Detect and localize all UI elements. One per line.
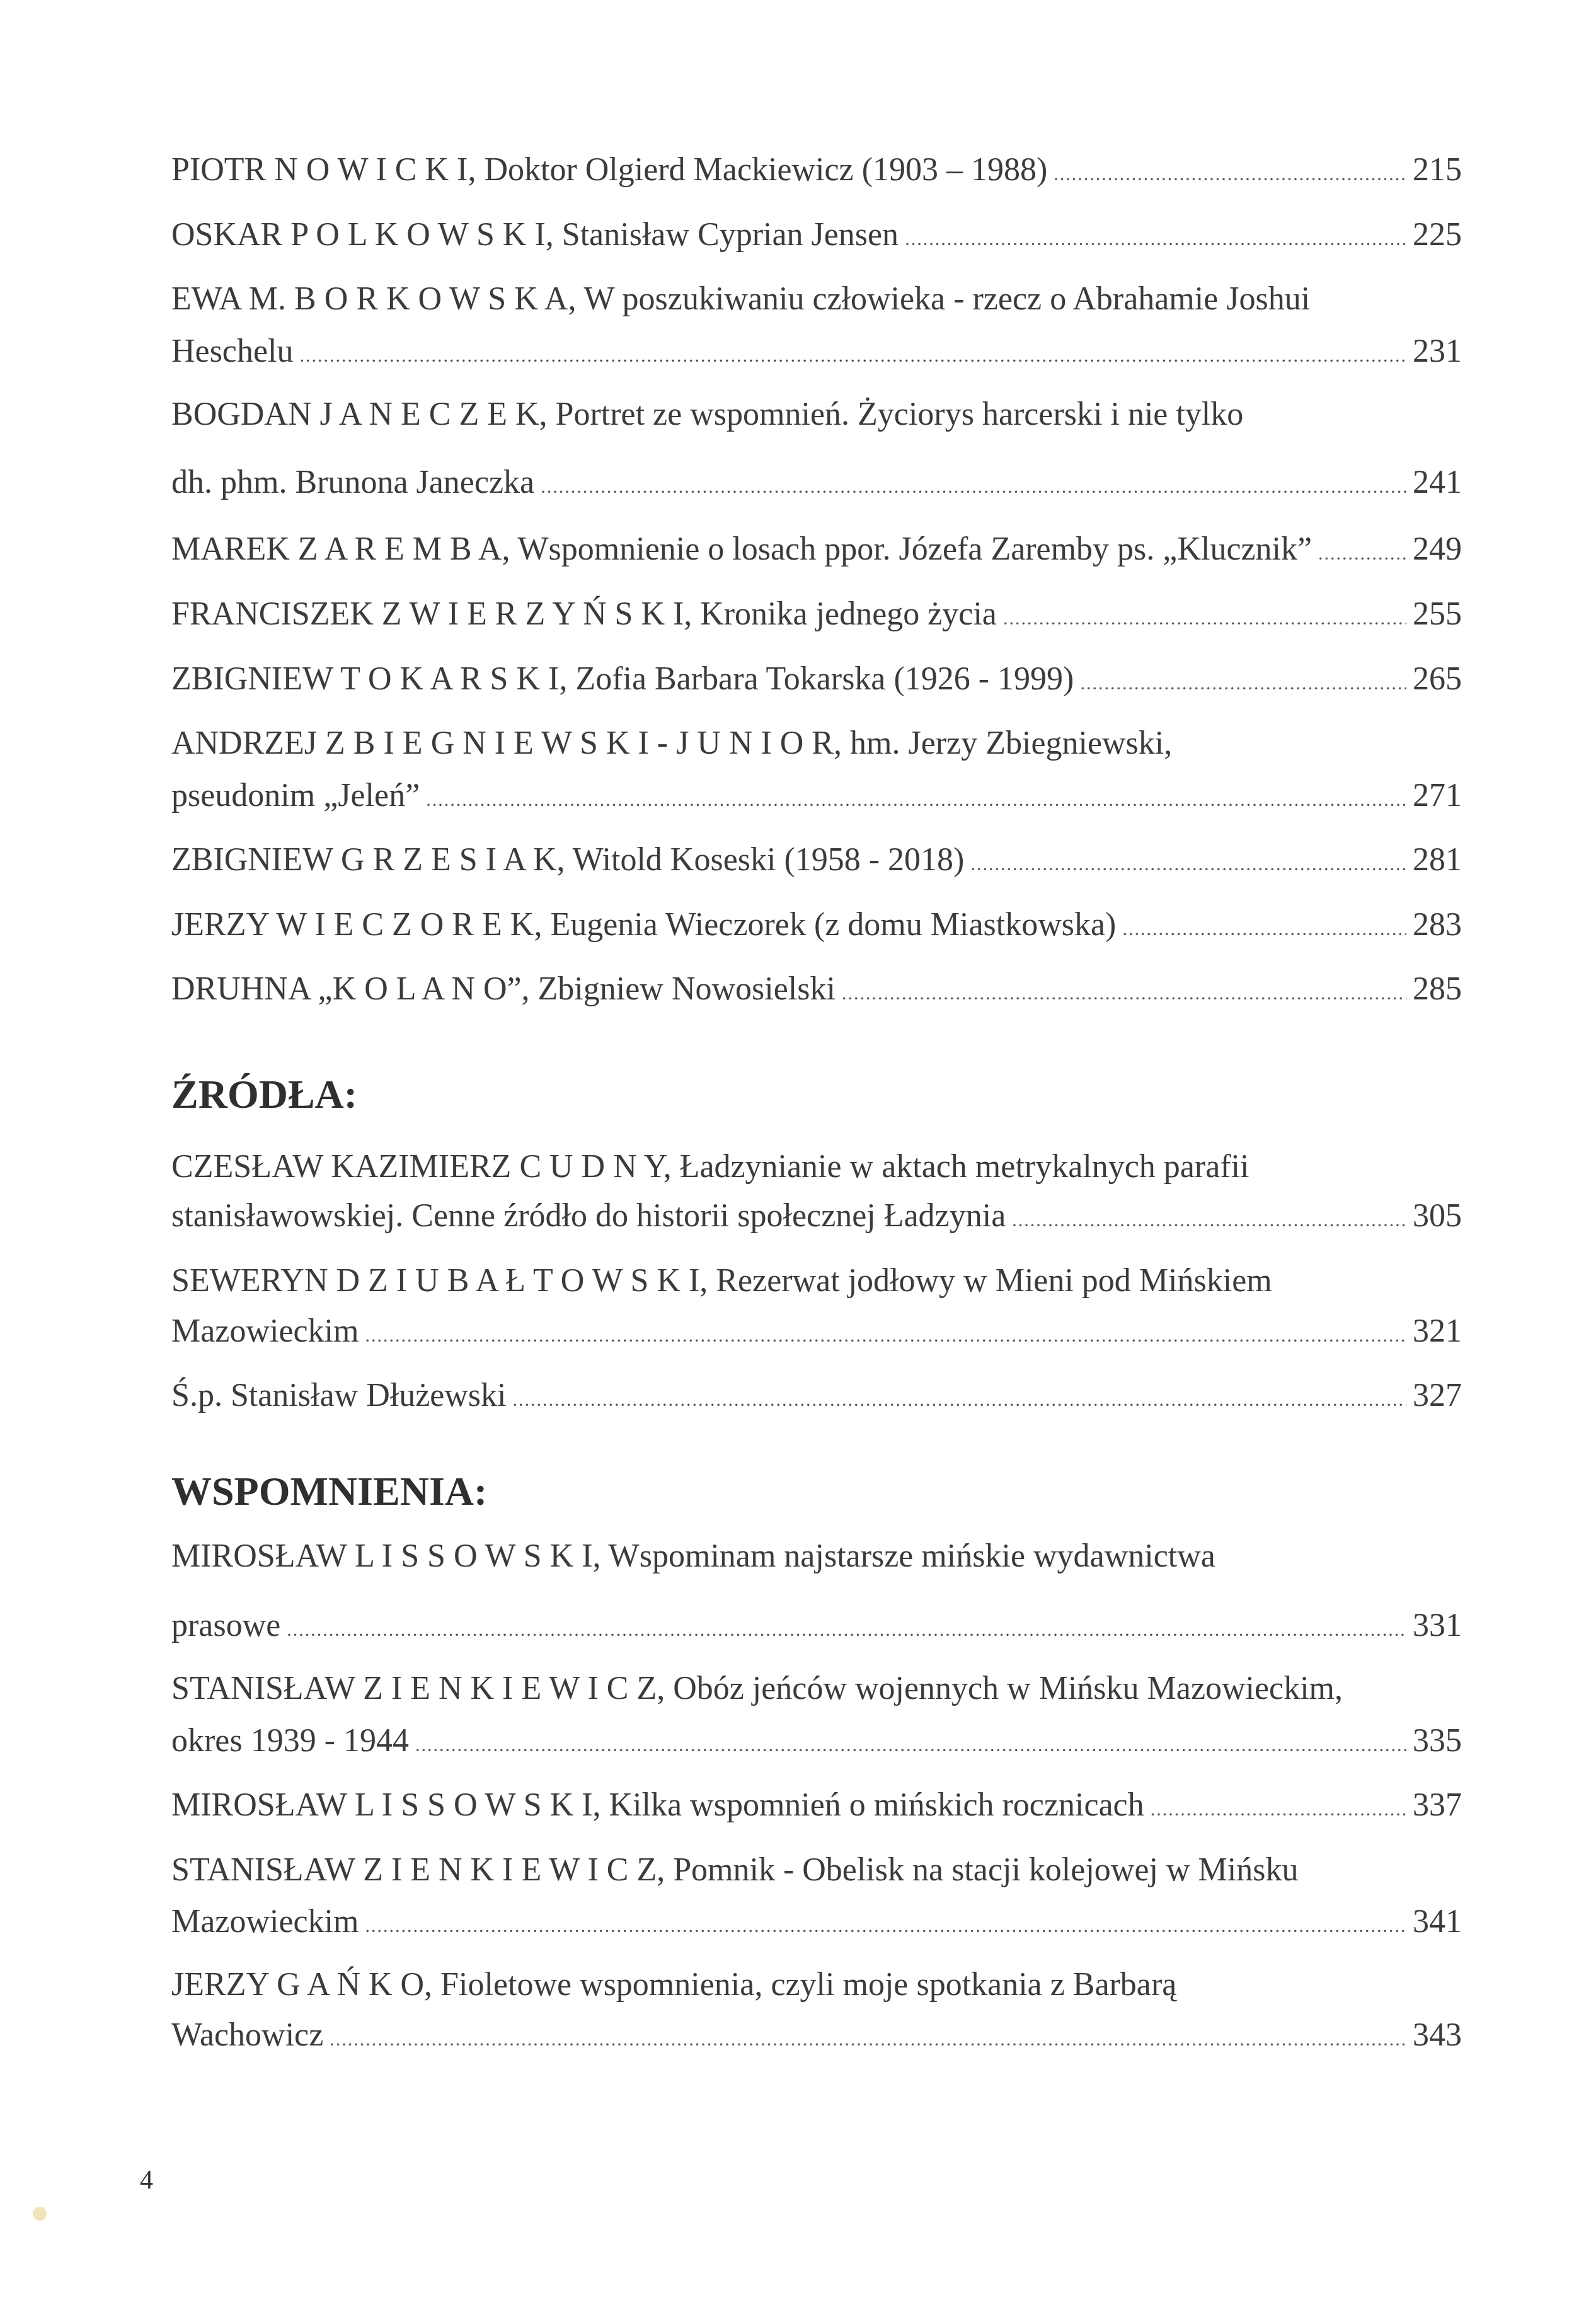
entry-title: , Rezerwat jodłowy w Mieni pod Mińskiem <box>699 1263 1272 1299</box>
toc-entry: OSKAR P O L K O W S K I, Stanisław Cypri… <box>171 216 1462 254</box>
toc-entry: MAREK Z A R E M B A, Wspomnienie o losac… <box>171 531 1462 568</box>
dot-leader <box>415 1727 1406 1764</box>
page-ref: 265 <box>1413 660 1462 698</box>
toc-entry-continuation: dh. phm. Brunona Janeczka 241 <box>171 464 1462 502</box>
dot-leader <box>287 1611 1406 1649</box>
entry-title-continued: Mazowieckim <box>171 1903 359 1941</box>
toc-entry: SEWERYN D Z I U B A Ł T O W S K I, Rezer… <box>171 1262 1462 1300</box>
entry-title-continued: dh. phm. Brunona Janeczka <box>171 464 534 502</box>
author-first-name: PIOTR <box>171 152 266 188</box>
page-ref: 231 <box>1413 333 1462 371</box>
author-first-name: STANISŁAW <box>171 1671 355 1706</box>
dot-leader <box>842 975 1406 1013</box>
page-ref: 255 <box>1413 595 1462 633</box>
entry-title: , Fioletowe wspomnienia, czyli moje spot… <box>424 1967 1176 2003</box>
toc-page: PIOTR N O W I C K I, Doktor Olgierd Mack… <box>0 0 1591 2324</box>
entry-title-continued: Heschelu <box>171 333 293 371</box>
page-ref: 341 <box>1413 1903 1462 1941</box>
page-ref: 249 <box>1413 531 1462 568</box>
dot-leader <box>1080 665 1406 703</box>
entry-title-continued: prasowe <box>171 1607 280 1645</box>
page-ref: 343 <box>1413 2016 1462 2054</box>
author-first-name: JERZY <box>171 907 268 943</box>
author-first-name: MAREK <box>171 531 290 567</box>
entry-title-continued: stanisławowskiej. Cenne źródło do histor… <box>171 1197 1006 1235</box>
entry-title-continued: pseudonim „Jeleń” <box>171 777 420 815</box>
page-ref: 271 <box>1413 777 1462 815</box>
author-last-name: C U D N Y <box>519 1149 663 1185</box>
author-first-name: SEWERYN <box>171 1263 328 1299</box>
entry-title: , Eugenia Wieczorek (z domu Miastkowska) <box>534 907 1116 943</box>
dot-leader <box>970 846 1406 883</box>
toc-entry-continuation: Wachowicz 343 <box>171 2016 1462 2054</box>
author-last-name: D Z I U B A Ł T O W S K I <box>336 1263 699 1299</box>
dot-leader <box>1054 156 1406 193</box>
entry-title-continued: Mazowieckim <box>171 1313 359 1350</box>
author-first-name: CZESŁAW KAZIMIERZ <box>171 1149 511 1185</box>
author-first-name: ZBIGNIEW <box>171 842 333 878</box>
author-first-name: MIROSŁAW <box>171 1787 347 1823</box>
dot-leader <box>365 1317 1406 1355</box>
dot-leader <box>1151 1791 1406 1829</box>
toc-entry: DRUHNA „K O L A N O”, Zbigniew Nowosiels… <box>171 970 1462 1008</box>
author-first-name: FRANCISZEK <box>171 596 374 632</box>
toc-entry: Ś.p. Stanisław Dłużewski 327 <box>171 1377 1462 1415</box>
entry-title: , Witold Koseski (1958 - 2018) <box>556 842 964 878</box>
author-first-name: DRUHNA <box>171 971 310 1007</box>
author-first-name: STANISŁAW <box>171 1852 355 1888</box>
entry-title: , Ładzynianie w aktach metrykalnych para… <box>663 1149 1249 1185</box>
author-first-name: BOGDAN <box>171 396 311 432</box>
page-ref: 281 <box>1413 841 1462 879</box>
entry-title: , Kilka wspomnień o mińskich rocznicach <box>593 1787 1144 1823</box>
toc-entry: MIROSŁAW L I S S O W S K I, Kilka wspomn… <box>171 1786 1462 1824</box>
author-first-name: ZBIGNIEW <box>171 661 333 697</box>
page-number: 4 <box>140 2165 153 2195</box>
page-ref: 305 <box>1413 1197 1462 1235</box>
toc-entry: MIROSŁAW L I S S O W S K I, Wspominam na… <box>171 1538 1462 1575</box>
dot-leader <box>330 2021 1406 2059</box>
entry-title-continued: Wachowicz <box>171 2016 323 2054</box>
toc-entry: ZBIGNIEW T O K A R S K I, Zofia Barbara … <box>171 660 1462 698</box>
dot-leader <box>513 1381 1406 1419</box>
section-heading-zrodla: ŹRÓDŁA: <box>171 1071 357 1118</box>
dot-leader <box>299 337 1406 375</box>
author-last-name: „K O L A N O” <box>318 971 522 1007</box>
dot-leader <box>365 1907 1406 1945</box>
entry-title: , Wspomnienie o losach ppor. Józefa Zare… <box>502 531 1312 567</box>
page-ref: 225 <box>1413 216 1462 254</box>
author-first-name: JERZY <box>171 1967 268 2003</box>
author-first-name: MIROSŁAW <box>171 1538 347 1574</box>
author-last-name: Z I E N K I E W I C Z <box>363 1852 657 1888</box>
author-last-name: N O W I C K I <box>274 152 468 188</box>
entry-title: , Obóz jeńców wojennych w Mińsku Mazowie… <box>657 1671 1343 1706</box>
toc-entry: STANISŁAW Z I E N K I E W I C Z, Obóz je… <box>171 1670 1462 1708</box>
entry-title: , Zofia Barbara Tokarska (1926 - 1999) <box>559 661 1074 697</box>
entry-title: , hm. Jerzy Zbiegniewski, <box>834 725 1172 761</box>
entry-title: , Stanisław Cyprian Jensen <box>546 217 899 253</box>
dot-leader <box>905 221 1406 258</box>
author-last-name: L I S S O W S K I <box>355 1787 593 1823</box>
page-ref: 337 <box>1413 1786 1462 1824</box>
entry-title: , Wspominam najstarsze mińskie wydawnict… <box>593 1538 1215 1574</box>
section-heading-wspomnienia: WSPOMNIENIA: <box>171 1468 487 1515</box>
page-ref: 215 <box>1413 151 1462 189</box>
toc-entry-continuation: Mazowieckim 341 <box>171 1903 1462 1941</box>
author-last-name: Z I E N K I E W I C Z <box>363 1671 657 1706</box>
author-last-name: B O R K O W S K A <box>294 281 568 317</box>
toc-entry-continuation: pseudonim „Jeleń” 271 <box>171 777 1462 815</box>
toc-entry: BOGDAN J A N E C Z E K, Portret ze wspom… <box>171 396 1462 434</box>
toc-entry: ZBIGNIEW G R Z E S I A K, Witold Koseski… <box>171 841 1462 879</box>
page-ref: 335 <box>1413 1722 1462 1760</box>
author-last-name: P O L K O W S K I <box>290 217 545 253</box>
toc-entry: STANISŁAW Z I E N K I E W I C Z, Pomnik … <box>171 1851 1462 1889</box>
toc-entry-continuation: prasowe 331 <box>171 1607 1462 1645</box>
dot-leader <box>426 781 1406 819</box>
entry-title: , Doktor Olgierd Mackiewicz (1903 – 1988… <box>468 152 1047 188</box>
page-ref: 331 <box>1413 1607 1462 1645</box>
entry-title: Ś.p. Stanisław Dłużewski <box>171 1377 507 1415</box>
author-last-name: Z B I E G N I E W S K I - J U N I O R <box>325 725 834 761</box>
author-last-name: G A Ń K O <box>277 1967 424 2003</box>
author-first-name: ANDRZEJ <box>171 725 317 761</box>
page-ref: 321 <box>1413 1313 1462 1350</box>
toc-entry: ANDRZEJ Z B I E G N I E W S K I - J U N … <box>171 725 1462 762</box>
dot-leader <box>1012 1202 1406 1240</box>
page-ref: 241 <box>1413 464 1462 502</box>
dot-leader <box>1318 535 1406 573</box>
entry-title: , Zbigniew Nowosielski <box>522 971 836 1007</box>
author-last-name: J A N E C Z E K <box>319 396 539 432</box>
toc-entry: FRANCISZEK Z W I E R Z Y Ń S K I, Kronik… <box>171 595 1462 633</box>
author-first-name: EWA M. <box>171 281 286 317</box>
author-last-name: G R Z E S I A K <box>341 842 556 878</box>
author-first-name: OSKAR <box>171 217 282 253</box>
toc-entry-continuation: Heschelu 231 <box>171 333 1462 371</box>
page-ref: 285 <box>1413 970 1462 1008</box>
toc-entry-continuation: okres 1939 - 1944 335 <box>171 1722 1462 1760</box>
toc-entry: EWA M. B O R K O W S K A, W poszukiwaniu… <box>171 280 1462 318</box>
toc-entry-continuation: stanisławowskiej. Cenne źródło do histor… <box>171 1197 1462 1235</box>
author-last-name: T O K A R S K I <box>340 661 559 697</box>
toc-entry-continuation: Mazowieckim 321 <box>171 1313 1462 1350</box>
dot-leader <box>1122 911 1406 948</box>
entry-title-continued: okres 1939 - 1944 <box>171 1722 409 1760</box>
author-last-name: Z A R E M B A <box>298 531 502 567</box>
entry-title: , Pomnik - Obelisk na stacji kolejowej w… <box>657 1852 1298 1888</box>
toc-entry: CZESŁAW KAZIMIERZ C U D N Y, Ładzynianie… <box>171 1148 1462 1186</box>
toc-entry: JERZY G A Ń K O, Fioletowe wspomnienia, … <box>171 1966 1462 2004</box>
entry-title: , Portret ze wspomnień. Życiorys harcers… <box>539 396 1244 432</box>
entry-title: , Kronika jednego życia <box>684 596 997 632</box>
author-last-name: L I S S O W S K I <box>355 1538 593 1574</box>
dot-leader <box>1003 600 1406 638</box>
author-last-name: Z W I E R Z Y Ń S K I <box>382 596 684 632</box>
page-ref: 327 <box>1413 1377 1462 1415</box>
toc-entry: JERZY W I E C Z O R E K, Eugenia Wieczor… <box>171 906 1462 944</box>
paper-stain <box>33 2207 47 2221</box>
dot-leader <box>541 468 1406 506</box>
toc-entry: PIOTR N O W I C K I, Doktor Olgierd Mack… <box>171 151 1462 189</box>
page-ref: 283 <box>1413 906 1462 944</box>
entry-title: , W poszukiwaniu człowieka - rzecz o Abr… <box>568 281 1310 317</box>
author-last-name: W I E C Z O R E K <box>276 907 534 943</box>
